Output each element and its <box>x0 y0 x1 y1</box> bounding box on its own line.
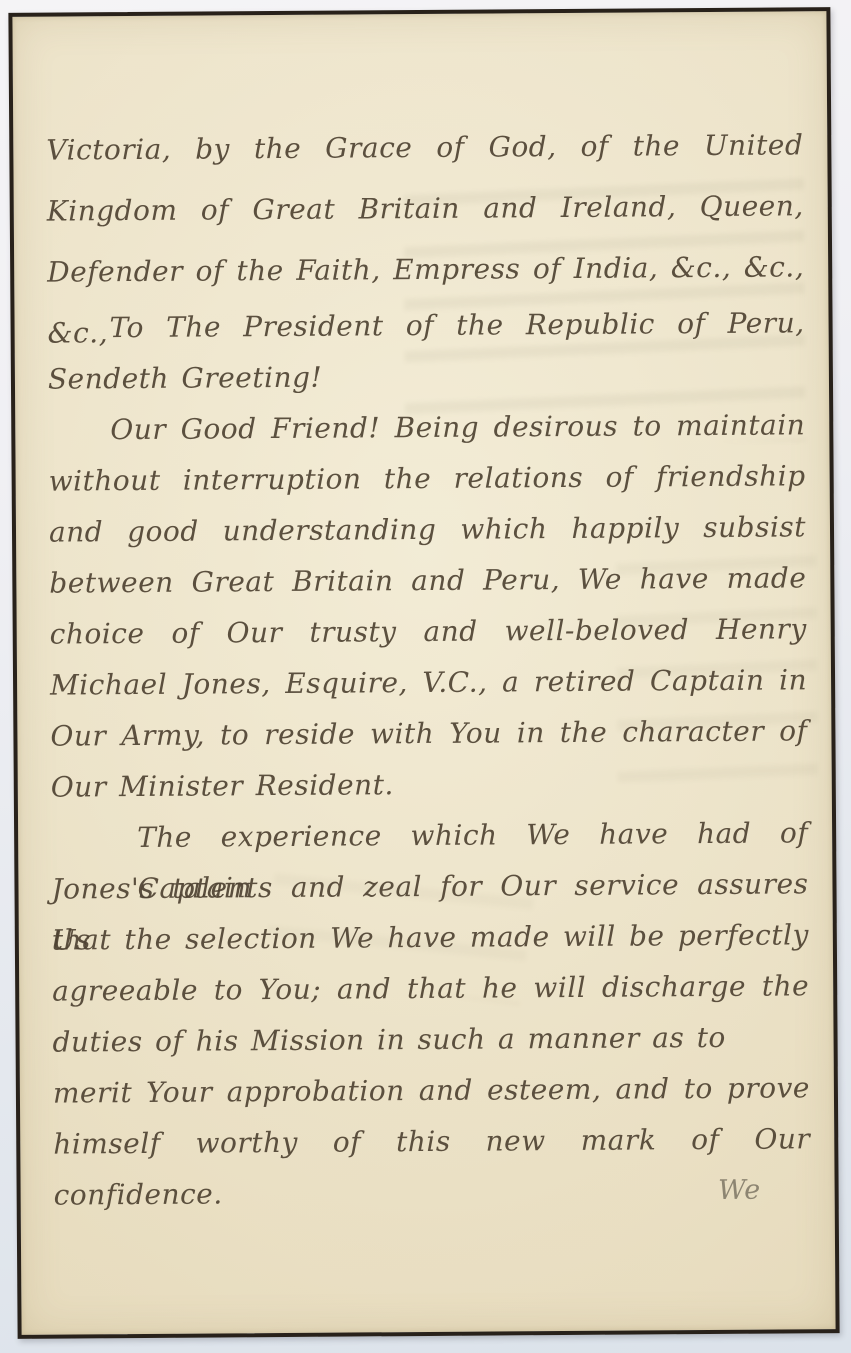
letter-line: Defender of the Faith, Empress of India,… <box>47 236 804 302</box>
letter-line: and good understanding which happily sub… <box>49 501 806 557</box>
letter-line: Kingdom of Great Britain and Ireland, Qu… <box>47 175 804 241</box>
letter-line: Jones's talents and zeal for Our service… <box>51 858 808 914</box>
letter-line: duties of his Mission in such a manner a… <box>52 1011 809 1067</box>
letter-line: Michael Jones, Esquire, V.C., a retired … <box>50 654 807 710</box>
letter-line: Our Minister Resident. <box>51 756 808 812</box>
letter-line: himself worthy of this new mark of Our c… <box>53 1113 810 1169</box>
letter-line: agreeable to You; and that he will disch… <box>52 960 809 1016</box>
letter-page: Victoria, by the Grace of God, of the Un… <box>8 7 839 1339</box>
letter-line: Victoria, by the Grace of God, of the Un… <box>46 114 803 180</box>
letter-line: between Great Britain and Peru, We have … <box>49 552 806 608</box>
letter-line: Our Good Friend! Being desirous to maint… <box>48 399 805 455</box>
photo-background: { "page": { "background_top": "#f5f4f6",… <box>0 0 851 1353</box>
letter-text: Victoria, by the Grace of God, of the Un… <box>46 114 811 1221</box>
letter-line: choice of Our trusty and well-beloved He… <box>50 603 807 659</box>
letter-line: Sendeth Greeting! <box>48 348 805 404</box>
letter-line: merit Your approbation and esteem, and t… <box>53 1062 810 1118</box>
letter-line: Our Army, to reside with You in the char… <box>50 705 807 761</box>
letter-line: without interruption the relations of fr… <box>48 450 805 506</box>
letter-line: that the selection We have made will be … <box>52 909 809 965</box>
letter-line: The experience which We have had of Capt… <box>51 807 808 863</box>
letter-line: To The President of the Republic of Peru… <box>47 297 804 353</box>
